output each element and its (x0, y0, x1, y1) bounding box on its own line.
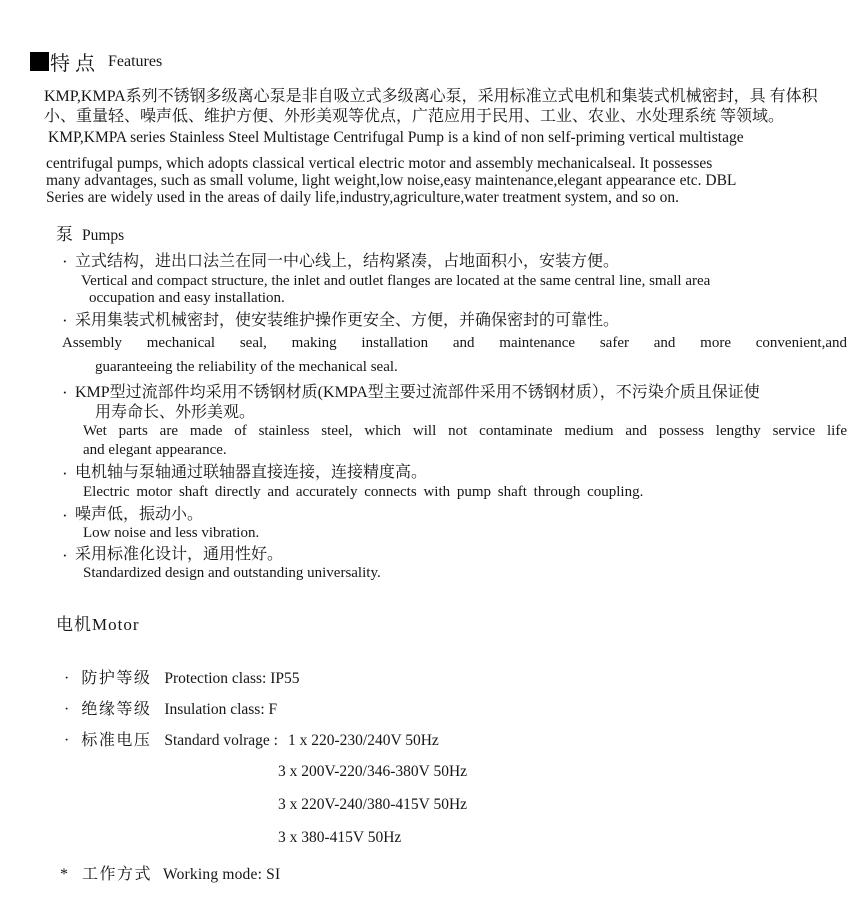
motor-spec-list: ·防护等级Protection class: IP55 ·绝缘等级Insulat… (0, 669, 848, 847)
pump-feature-item: · 噪声低，振动小。 Low noise and less vibration. (0, 505, 847, 542)
pumps-heading-en: Pumps (82, 227, 124, 244)
motor-spec-zh: 绝缘等级 (81, 701, 151, 718)
bullet-dot-icon: · (64, 701, 69, 718)
features-en-line: centrifugal pumps, which adopts classica… (46, 155, 848, 172)
features-heading-en: Features (108, 53, 162, 71)
bullet-dot-icon: · (62, 546, 68, 566)
motor-spec-en: Protection class: IP55 (164, 670, 299, 687)
pump-item-zh: KMP型过流部件均采用不锈钢材质(KMPA型主要过流部件采用不锈钢材质），不污染… (75, 382, 847, 403)
voltage-option: 3 x 220V-240/380-415V 50Hz (278, 795, 848, 814)
features-zh-line: KMP,KMPA系列不锈钢多级离心泵是非自吸立式多级离心泵，采用标准立式电机和集… (44, 87, 848, 107)
bullet-dot-icon: · (62, 506, 68, 526)
pump-item-zh: 立式结构，进出口法兰在同一中心线上，结构紧凑，占地面积小，安装方便。 (75, 251, 847, 272)
voltage-option: 3 x 200V-220/346-380V 50Hz (278, 762, 848, 781)
working-mode-footnote: *工作方式Working mode: SI (60, 861, 866, 884)
motor-spec-protection: ·防护等级Protection class: IP55 (64, 669, 848, 688)
pump-item-zh: 采用集装式机械密封，使安装维护操作更安全、方便，并确保密封的可靠性。 (75, 310, 847, 331)
pump-item-zh: 电机轴与泵轴通过联轴器直接连接，连接精度高。 (75, 463, 847, 483)
footnote-marker: * (60, 866, 68, 883)
pump-feature-item: · KMP型过流部件均采用不锈钢材质(KMPA型主要过流部件采用不锈钢材质），不… (0, 382, 847, 460)
footnote-en: Working mode: SI (163, 866, 280, 883)
bullet-dot-icon: · (64, 732, 69, 749)
pump-item-en: guaranteeing the reliability of the mech… (95, 355, 847, 379)
pump-item-en: Wet parts are made of stainless steel, w… (83, 422, 847, 441)
motor-spec-en: Insulation class: F (164, 701, 277, 718)
bullet-dot-icon: · (64, 670, 69, 687)
pump-item-zh: 噪声低，振动小。 (75, 505, 847, 525)
pump-feature-item: · 立式结构，进出口法兰在同一中心线上，结构紧凑，占地面积小，安装方便。 Ver… (0, 251, 847, 307)
motor-heading: 电机Motor (56, 610, 866, 635)
features-zh-line: 小、重量轻、噪声低、维护方便、外形美观等优点，广范应用于民用、工业、农业、水处理… (44, 107, 848, 127)
pump-item-en: Assembly mechanical seal, making install… (62, 331, 847, 355)
motor-spec-zh: 标准电压 (81, 732, 151, 749)
pump-item-en: Electric motor shaft directly and accura… (83, 483, 847, 502)
bullet-dot-icon: · (62, 252, 68, 272)
bullet-dot-icon: · (62, 464, 68, 484)
motor-spec-insulation: ·绝缘等级Insulation class: F (64, 700, 848, 719)
pump-item-en: Vertical and compact structure, the inle… (81, 272, 847, 290)
pump-feature-item: · 采用集装式机械密封，使安装维护操作更安全、方便，并确保密封的可靠性。 Ass… (0, 310, 847, 379)
features-en-line: many advantages, such as small volume, l… (46, 172, 848, 189)
pumps-heading: 泵Pumps (56, 220, 866, 245)
features-en-line: KMP,KMPA series Stainless Steel Multista… (46, 129, 848, 146)
features-heading: 特点 Features (30, 47, 848, 76)
features-paragraph-zh: KMP,KMPA系列不锈钢多级离心泵是非自吸立式多级离心泵，采用标准立式电机和集… (44, 87, 848, 127)
bullet-dot-icon: · (62, 311, 68, 331)
pump-item-en: and elegant appearance. (83, 441, 847, 460)
pumps-heading-zh: 泵 (56, 225, 73, 244)
pump-item-en: Standardized design and outstanding univ… (83, 565, 847, 582)
pump-item-en: occupation and easy installation. (89, 290, 847, 307)
pump-item-zh: 用寿命长、外形美观。 (95, 403, 847, 422)
features-en-line: Series are widely used in the areas of d… (46, 189, 848, 206)
footnote-zh: 工作方式 (82, 866, 152, 883)
pump-feature-list: · 立式结构，进出口法兰在同一中心线上，结构紧凑，占地面积小，安装方便。 Ver… (0, 251, 847, 582)
black-square-icon (30, 52, 49, 71)
voltage-option: 1 x 220-230/240V 50Hz (288, 732, 439, 749)
motor-spec-en: Standard volrage : (164, 732, 278, 749)
pump-item-en: Low noise and less vibration. (83, 525, 847, 542)
bullet-dot-icon: · (62, 383, 68, 403)
motor-spec-voltage: ·标准电压Standard volrage :1 x 220-230/240V … (64, 731, 848, 750)
pump-feature-item: · 电机轴与泵轴通过联轴器直接连接，连接精度高。 Electric motor … (0, 463, 847, 502)
catalog-page: 特点 Features KMP,KMPA系列不锈钢多级离心泵是非自吸立式多级离心… (0, 0, 866, 922)
voltage-option: 3 x 380-415V 50Hz (278, 828, 848, 847)
features-heading-zh: 特点 (50, 47, 100, 76)
pump-item-zh: 采用标准化设计，通用性好。 (75, 545, 847, 565)
motor-spec-zh: 防护等级 (81, 670, 151, 687)
features-paragraph-en: KMP,KMPA series Stainless Steel Multista… (46, 129, 848, 206)
pump-feature-item: · 采用标准化设计，通用性好。 Standardized design and … (0, 545, 847, 582)
